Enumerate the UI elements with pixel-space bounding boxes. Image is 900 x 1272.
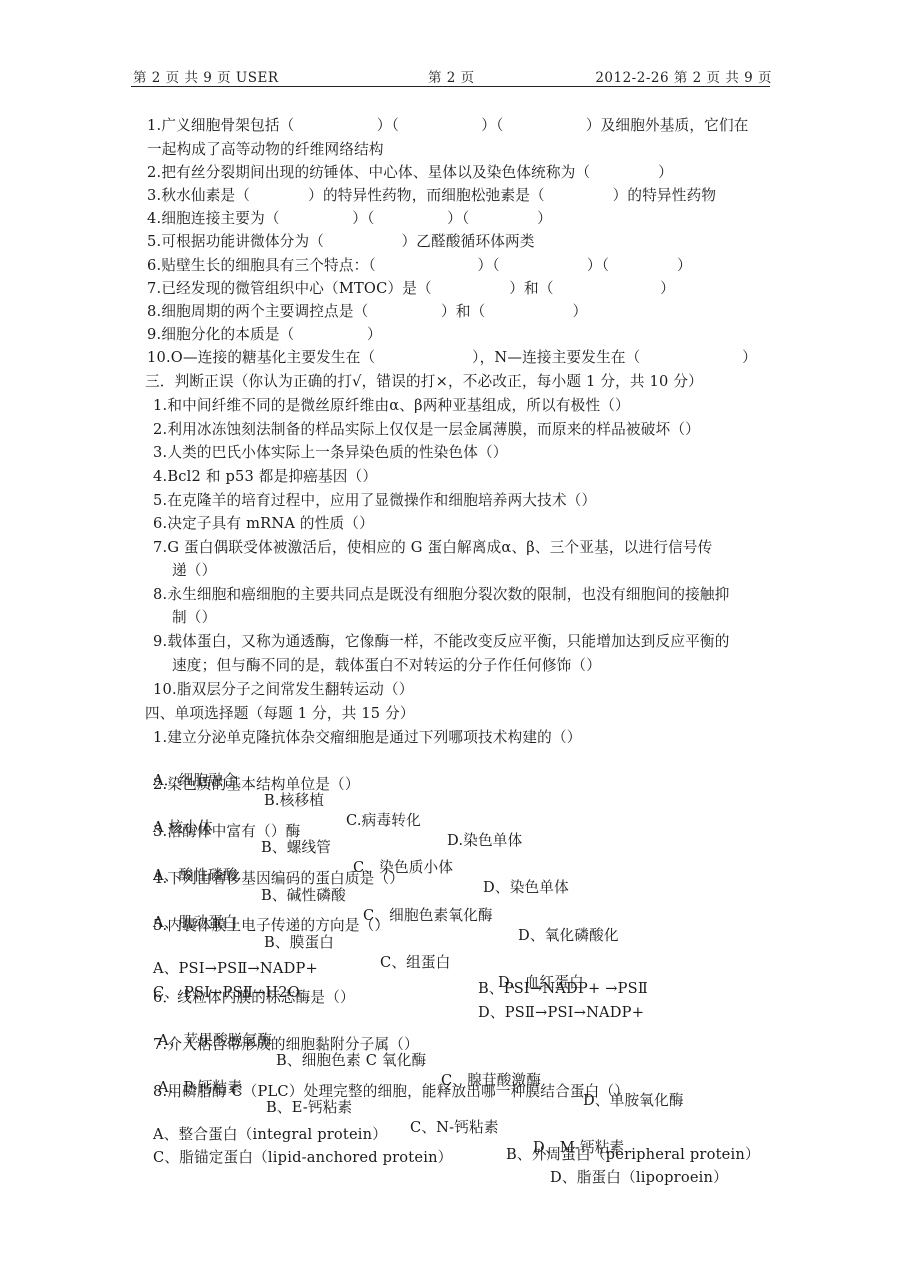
section-title-multiple-choice: 四、单项选择题（每题 1 分，共 15 分） bbox=[145, 704, 415, 724]
mc-question: 3.溶酶体中富有（）酶 bbox=[153, 822, 300, 842]
fill-blank-line: 9.细胞分化的本质是（ ） bbox=[147, 325, 382, 345]
section-title-true-false: 三．判断正误（你认为正确的打√，错误的打×，不必改正，每小题 1 分，共 10 … bbox=[145, 372, 703, 392]
true-false-item: 1.和中间纤维不同的是微丝原纤维由α、β两种亚基组成，所以有极性（） bbox=[153, 396, 630, 416]
true-false-item-cont: 制（） bbox=[172, 608, 216, 628]
mc-option-b: B、膜蛋白 bbox=[264, 933, 334, 953]
fill-blank-line: 1.广义细胞骨架包括（ ）（ ）（ ）及细胞外基质，它们在 bbox=[147, 116, 749, 136]
mc-option-d: D.染色单体 bbox=[447, 831, 522, 851]
mc-question: 1.建立分泌单克隆抗体杂交瘤细胞是通过下列哪项技术构建的（） bbox=[153, 728, 582, 748]
mc-question: 6．线粒体内膜的标志酶是（） bbox=[153, 988, 355, 1008]
mc-option-a: A、PSⅠ→PSⅡ→NADP+ bbox=[153, 959, 318, 979]
true-false-item-cont: 递（） bbox=[172, 561, 216, 581]
mc-question: 4.下列由奢侈基因编码的蛋白质是（） bbox=[153, 869, 404, 889]
mc-question: 5.内囊体膜上电子传递的方向是（） bbox=[153, 916, 389, 936]
true-false-item: 5.在克隆羊的培育过程中，应用了显微操作和细胞培养两大技术（） bbox=[153, 491, 596, 511]
fill-blank-line: 10.O—连接的糖基化主要发生在（ ），N—连接主要发生在（ ） bbox=[147, 348, 757, 368]
fill-blank-line: 3.秋水仙素是（ ）的特异性药物，而细胞松弛素是（ ）的特异性药物 bbox=[147, 186, 716, 206]
mc-option-c: C.病毒转化 bbox=[346, 811, 421, 831]
mc-option-d: D、氧化磷酸化 bbox=[518, 926, 619, 946]
true-false-item: 7.G 蛋白偶联受体被激活后，使相应的 G 蛋白解离成α、β、三个亚基，以进行信… bbox=[153, 538, 712, 558]
mc-option-d: D、染色单体 bbox=[483, 878, 569, 898]
mc-question: 2.染色质的基本结构单位是（） bbox=[153, 775, 360, 795]
header-right: 2012-2-26 第 2 页 共 9 页 bbox=[595, 66, 772, 86]
fill-blank-line: 2.把有丝分裂期间出现的纺锤体、中心体、星体以及染色体统称为（ ） bbox=[147, 163, 673, 183]
header-rule bbox=[131, 86, 770, 87]
mc-option-c: C、组蛋白 bbox=[380, 953, 451, 973]
header-center: 第 2 页 bbox=[428, 66, 475, 86]
mc-question: 7.介入粘合带形成的细胞黏附分子属（） bbox=[153, 1035, 419, 1055]
fill-blank-line: 5.可根据功能讲微体分为（ ）乙醛酸循环体两类 bbox=[147, 232, 535, 252]
true-false-item: 10.脂双层分子之间常发生翻转运动（） bbox=[153, 680, 414, 700]
header-left: 第 2 页 共 9 页 USER bbox=[133, 66, 279, 86]
fill-blank-line: 8.细胞周期的两个主要调控点是（ ）和（ ） bbox=[147, 302, 587, 322]
true-false-item: 9.载体蛋白，又称为通透酶，它像酶一样，不能改变反应平衡，只能增加达到反应平衡的 bbox=[153, 632, 730, 652]
mc-option-b: B、PSⅠ→NADP+ →PSⅡ bbox=[478, 979, 648, 999]
true-false-item: 2.利用冰冻蚀刻法制备的样品实际上仅仅是一层金属薄膜，而原来的样品被破坏（） bbox=[153, 420, 700, 440]
fill-blank-line: 6.贴壁生长的细胞具有三个特点：（ ）（ ）（ ） bbox=[147, 256, 692, 276]
mc-option-b: B、外周蛋白（peripheral protein） bbox=[506, 1145, 760, 1165]
true-false-item: 4.Bcl2 和 p53 都是抑癌基因（） bbox=[153, 467, 377, 487]
true-false-item: 6.决定子具有 mRNA 的性质（） bbox=[153, 514, 374, 534]
fill-blank-line: 7.已经发现的微管组织中心（MTOC）是（ ）和（ ） bbox=[147, 279, 675, 299]
mc-option-c: C、N-钙粘素 bbox=[410, 1118, 499, 1138]
true-false-item-cont: 速度；但与酶不同的是，载体蛋白不对转运的分子作任何修饰（） bbox=[172, 656, 601, 676]
mc-option-a: A、整合蛋白（integral protein） bbox=[153, 1125, 387, 1145]
mc-option-d: D、脂蛋白（lipoproein） bbox=[550, 1168, 728, 1188]
true-false-item: 3.人类的巴氏小体实际上一条异染色质的性染色体（） bbox=[153, 443, 508, 463]
true-false-item: 8.永生细胞和癌细胞的主要共同点是既没有细胞分裂次数的限制，也没有细胞间的接触抑 bbox=[153, 585, 730, 605]
mc-option-b: B、碱性磷酸 bbox=[261, 886, 346, 906]
mc-option-c: C、脂锚定蛋白（lipid-anchored protein） bbox=[153, 1148, 452, 1168]
fill-blank-line: 4.细胞连接主要为（ ）（ ）（ ） bbox=[147, 209, 552, 229]
mc-question: 8.用磷脂酶 C（PLC）处理完整的细胞，能释放出哪一种膜结合蛋白（） bbox=[153, 1082, 629, 1102]
fill-blank-line: 一起构成了高等动物的纤维网络结构 bbox=[147, 140, 384, 160]
mc-options-row: C、脂锚定蛋白（lipid-anchored protein） D、脂蛋白（li… bbox=[153, 1128, 163, 1188]
mc-option-d: D、PSⅡ→PSⅠ→NADP+ bbox=[478, 1003, 644, 1023]
